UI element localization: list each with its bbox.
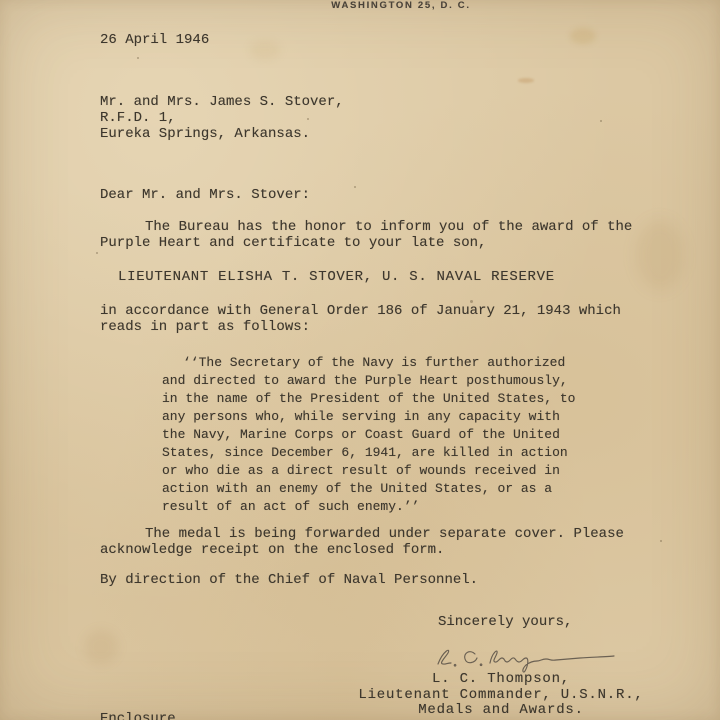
paper-stain	[636, 220, 684, 290]
paper-speck	[660, 540, 662, 542]
text-line: in accordance with General Order 186 of …	[100, 303, 621, 319]
paper-stain	[570, 28, 596, 44]
text-line: reads in part as follows:	[100, 319, 621, 335]
quote-line: result of an act of such enemy.’’	[162, 498, 575, 516]
paper-speck	[600, 120, 602, 122]
signature-stroke	[480, 664, 482, 666]
paper-stain	[84, 630, 118, 664]
quote-line: ‘‘The Secretary of the Navy is further a…	[162, 354, 575, 372]
paragraph-award-notice: The Bureau has the honor to inform you o…	[100, 219, 632, 251]
signer-name-line: L. C. Thompson,	[330, 672, 672, 688]
text-line: Purple Heart and certificate to your lat…	[100, 235, 632, 251]
recipient-address-block: Mr. and Mrs. James S. Stover, R.F.D. 1, …	[100, 94, 344, 142]
paper-speck	[354, 186, 356, 188]
quote-line: States, since December 6, 1941, are kill…	[162, 444, 575, 462]
address-line-rfd: R.F.D. 1,	[100, 110, 344, 126]
signature-stroke	[465, 652, 477, 663]
quote-line: in the name of the President of the Unit…	[162, 390, 575, 408]
blockquote-general-order-186: ‘‘The Secretary of the Navy is further a…	[162, 354, 575, 516]
paper-speck	[137, 57, 139, 59]
enclosure-line: Enclosure	[100, 711, 176, 720]
text-line: acknowledge receipt on the enclosed form…	[100, 542, 624, 558]
text-line: The Bureau has the honor to inform you o…	[100, 219, 632, 235]
quote-line: action with an enemy of the United State…	[162, 480, 575, 498]
closing-line: Sincerely yours,	[438, 614, 572, 630]
subject-line-officer-name: LIEUTENANT ELISHA T. STOVER, U. S. NAVAL…	[118, 269, 555, 285]
signature-stroke	[490, 651, 614, 672]
signature-stroke	[438, 650, 451, 664]
address-line-city: Eureka Springs, Arkansas.	[100, 126, 344, 142]
quote-line: or who die as a direct result of wounds …	[162, 462, 575, 480]
text-line: The medal is being forwarded under separ…	[100, 526, 624, 542]
paper-speck	[96, 252, 98, 254]
scanned-letter-page: WASHINGTON 25, D. C. 26 April 1946 Mr. a…	[0, 0, 720, 720]
paragraph-medal-forwarded: The medal is being forwarded under separ…	[100, 526, 624, 558]
signer-rank-line: Lieutenant Commander, U.S.N.R.,	[330, 688, 672, 704]
paper-stain	[250, 40, 280, 60]
by-direction-line: By direction of the Chief of Naval Perso…	[100, 572, 478, 588]
signer-division-line: Medals and Awards.	[330, 703, 672, 719]
paragraph-general-order: in accordance with General Order 186 of …	[100, 303, 621, 335]
letterhead-city-line: WASHINGTON 25, D. C.	[240, 0, 562, 11]
paper-stain	[518, 78, 534, 83]
quote-line: any persons who, while serving in any ca…	[162, 408, 575, 426]
address-line-name: Mr. and Mrs. James S. Stover,	[100, 94, 344, 110]
quote-line: the Navy, Marine Corps or Coast Guard of…	[162, 426, 575, 444]
salutation-line: Dear Mr. and Mrs. Stover:	[100, 187, 310, 203]
signature-typed-block: L. C. Thompson, Lieutenant Commander, U.…	[330, 672, 672, 719]
signature-stroke	[454, 665, 456, 667]
date-line: 26 April 1946	[100, 32, 209, 48]
quote-line: and directed to award the Purple Heart p…	[162, 372, 575, 390]
